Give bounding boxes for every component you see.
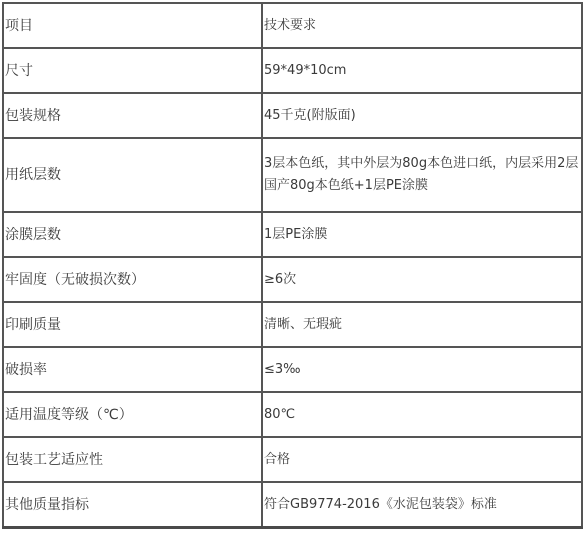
row-item-label: 包装工艺适应性 [3, 437, 262, 482]
row-item-label: 涂膜层数 [3, 212, 262, 257]
table-header-row: 项目 技术要求 [3, 3, 582, 48]
row-item-label: 用纸层数 [3, 138, 262, 212]
row-requirement-value: ≤3‰ [262, 347, 582, 392]
row-requirement-value: ≥6次 [262, 257, 582, 302]
row-item-label: 印刷质量 [3, 302, 262, 347]
row-requirement-value: 59*49*10cm [262, 48, 582, 93]
header-item: 项目 [3, 3, 262, 48]
row-requirement-value: 80℃ [262, 392, 582, 437]
header-requirement: 技术要求 [262, 3, 582, 48]
row-item-label: 包装规格 [3, 93, 262, 138]
row-requirement-value: 1层PE涂膜 [262, 212, 582, 257]
table-row: 涂膜层数 1层PE涂膜 [3, 212, 582, 257]
table-row: 适用温度等级（℃） 80℃ [3, 392, 582, 437]
row-item-label: 其他质量指标 [3, 482, 262, 528]
table-row: 包装工艺适应性 合格 [3, 437, 582, 482]
row-item-label: 适用温度等级（℃） [3, 392, 262, 437]
spec-table: 项目 技术要求 尺寸 59*49*10cm 包装规格 45千克(附版面) 用纸层… [2, 2, 583, 529]
table-row: 尺寸 59*49*10cm [3, 48, 582, 93]
row-requirement-value: 3层本色纸，其中外层为80g本色进口纸，内层采用2层国产80g本色纸+1层PE涂… [262, 138, 582, 212]
row-item-label: 牢固度（无破损次数） [3, 257, 262, 302]
row-requirement-value: 合格 [262, 437, 582, 482]
table-row: 包装规格 45千克(附版面) [3, 93, 582, 138]
table-row: 印刷质量 清晰、无瑕疵 [3, 302, 582, 347]
table-row: 用纸层数 3层本色纸，其中外层为80g本色进口纸，内层采用2层国产80g本色纸+… [3, 138, 582, 212]
row-item-label: 尺寸 [3, 48, 262, 93]
row-requirement-value: 符合GB9774-2016《水泥包装袋》标准 [262, 482, 582, 528]
table-row: 其他质量指标 符合GB9774-2016《水泥包装袋》标准 [3, 482, 582, 528]
row-item-label: 破损率 [3, 347, 262, 392]
table-row: 牢固度（无破损次数） ≥6次 [3, 257, 582, 302]
row-requirement-value: 45千克(附版面) [262, 93, 582, 138]
table-row: 破损率 ≤3‰ [3, 347, 582, 392]
row-requirement-value: 清晰、无瑕疵 [262, 302, 582, 347]
